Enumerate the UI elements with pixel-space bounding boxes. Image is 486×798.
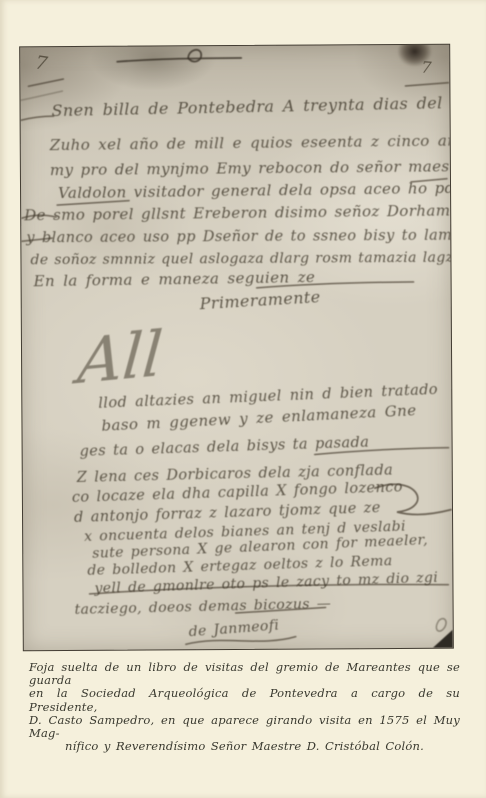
- caption-line: D. Casto Sampedro, en que aparece girand…: [29, 714, 460, 740]
- manuscript-text-block: Snen billa de Pontebedra A treynta dias …: [20, 45, 453, 651]
- caption-line: Foja suelta de un libro de visitas del g…: [29, 661, 460, 687]
- manuscript-line: Valdolon visitador general dela opsa ace…: [58, 181, 454, 201]
- manuscript-line: Snen billa de Pontebedra A treynta dias …: [51, 94, 453, 119]
- caption-line: nífico y Reverendísimo Señor Maestre D. …: [29, 740, 460, 753]
- manuscript-line: De smo porel gllsnt Ereberon disimo seño…: [24, 203, 454, 223]
- manuscript-line: Zuho xel año de mill e quios eseenta z c…: [50, 133, 454, 154]
- manuscript-word-primeramente: Primeramente: [199, 289, 321, 312]
- manuscript-line: tacziego, doeos demas bicozus —: [74, 597, 331, 617]
- book-page: 7 7 All Snen billa de Pontebedra A treyn…: [0, 0, 486, 798]
- manuscript-signature: de Janmeofi: [188, 618, 280, 639]
- manuscript-line: y blanco aceo uso pp Dseñor de to ssneo …: [26, 228, 454, 245]
- caption-line: en la Sociedad Arqueológica de Pontevedr…: [29, 687, 460, 713]
- manuscript-photo: 7 7 All Snen billa de Pontebedra A treyn…: [19, 44, 454, 652]
- manuscript-line: En la forma e maneza seguien ze: [33, 270, 315, 289]
- manuscript-line: de soñoz smnniz quel aslogaza dlarg rosm…: [30, 250, 453, 267]
- manuscript-line: ges ta o elacas dela bisys ta pasada: [79, 436, 369, 460]
- photo-caption: Foja suelta de un libro de visitas del g…: [29, 661, 460, 753]
- manuscript-line: my pro del mynjmo Emy rebocon do señor m…: [50, 159, 454, 178]
